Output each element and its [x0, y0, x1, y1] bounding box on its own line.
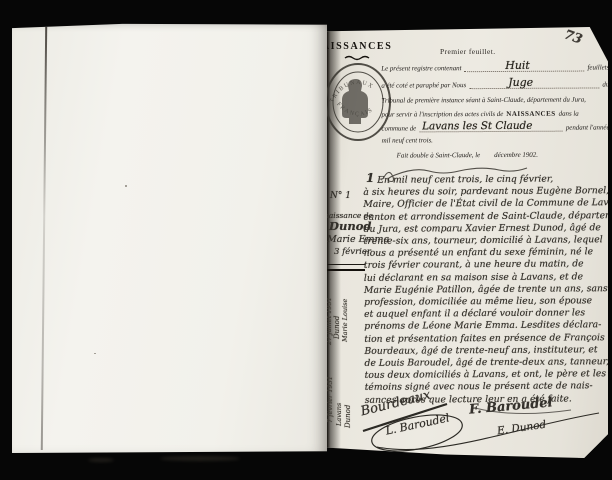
act-line: Maire, Officier de l'État civil de la Co…: [363, 198, 606, 212]
margin-act-number: N° 1: [330, 191, 351, 201]
marginal-mention: 7 février 1931: [327, 376, 334, 423]
marginal-mention: Marie Louise: [341, 299, 349, 342]
form-text: feuillets: [587, 63, 608, 71]
form-line-4: pour servir à l'inscription des actes ci…: [381, 109, 608, 118]
marginal-mention: Lavans: [335, 403, 343, 426]
page-title: NAISSANCES: [327, 41, 392, 52]
signature-l-baroudel: L. Baroudel: [384, 411, 450, 437]
form-line-5: commune de Lavans les St Claude pendant …: [382, 122, 608, 132]
dotted-fill-line: Lavans les St Claude: [419, 123, 563, 133]
form-line-1: Le présent registre contenant Huit feuil…: [381, 62, 608, 72]
form-text: mil neuf cent trois.: [382, 136, 433, 144]
form-text: a été coté et paraphé par Nous: [381, 81, 466, 89]
act-line: trois février courant, à une heure du ma…: [364, 259, 607, 273]
form-text: du: [602, 80, 608, 88]
dotted-fill-line: Huit: [464, 63, 584, 73]
scan-smudge: [160, 456, 240, 461]
form-line-3: Tribunal de première instance séant à Sa…: [381, 95, 608, 104]
form-line-7: Fait double à Saint-Claude, le décembre …: [397, 150, 608, 159]
marginal-mention: Dunod: [333, 316, 341, 339]
dotted-fill-line: Juge: [469, 79, 599, 89]
signature-e-dunod: E. Dunod: [496, 419, 547, 438]
scan-smudge: [88, 458, 114, 462]
first-sheet-label: Premier feuillet.: [440, 47, 496, 56]
birth-act-text: En mil neuf cent trois, le cinq février,…: [363, 173, 608, 407]
left-blank-page: [12, 23, 327, 453]
form-text: pour servir à l'inscription des actes ci…: [381, 110, 503, 119]
form-text: commune de: [382, 124, 417, 132]
form-text: dans la: [559, 110, 579, 118]
form-text: Fait double à Saint-Claude, le: [397, 151, 481, 159]
form-text: Le présent registre contenant: [381, 64, 461, 72]
form-text: pendant l'année: [566, 123, 608, 131]
printed-form: Le présent registre contenant Huit feuil…: [381, 27, 608, 28]
form-line-6: mil neuf cent trois.: [382, 135, 608, 144]
handwritten-fill-commune: Lavans les St Claude: [422, 120, 532, 133]
scanned-register-spread: NAISSANCES Premier feuillet. 73 TRIBUNAU…: [0, 0, 612, 480]
paper-speck: [125, 185, 127, 187]
handwritten-fill-count: Huit: [505, 59, 529, 72]
paper-speck: [94, 353, 96, 354]
form-line-2: a été coté et paraphé par Nous Juge du: [381, 79, 608, 89]
form-text-date: décembre 1902.: [494, 151, 538, 159]
handwritten-fill-judge: Juge: [508, 76, 533, 89]
form-text-naissances: NAISSANCES: [506, 110, 555, 118]
margin-separator-rule: [327, 264, 365, 271]
register-page: NAISSANCES Premier feuillet. 73 TRIBUNAU…: [327, 27, 608, 458]
marginal-mention: Dunod: [344, 405, 352, 428]
form-text: Tribunal de première instance séant à Sa…: [381, 96, 586, 105]
folio-number: 73: [562, 27, 584, 47]
page-corner-fold: [575, 436, 608, 458]
page-crease: [41, 25, 47, 450]
baroudel-oval-flourish: [369, 409, 465, 458]
